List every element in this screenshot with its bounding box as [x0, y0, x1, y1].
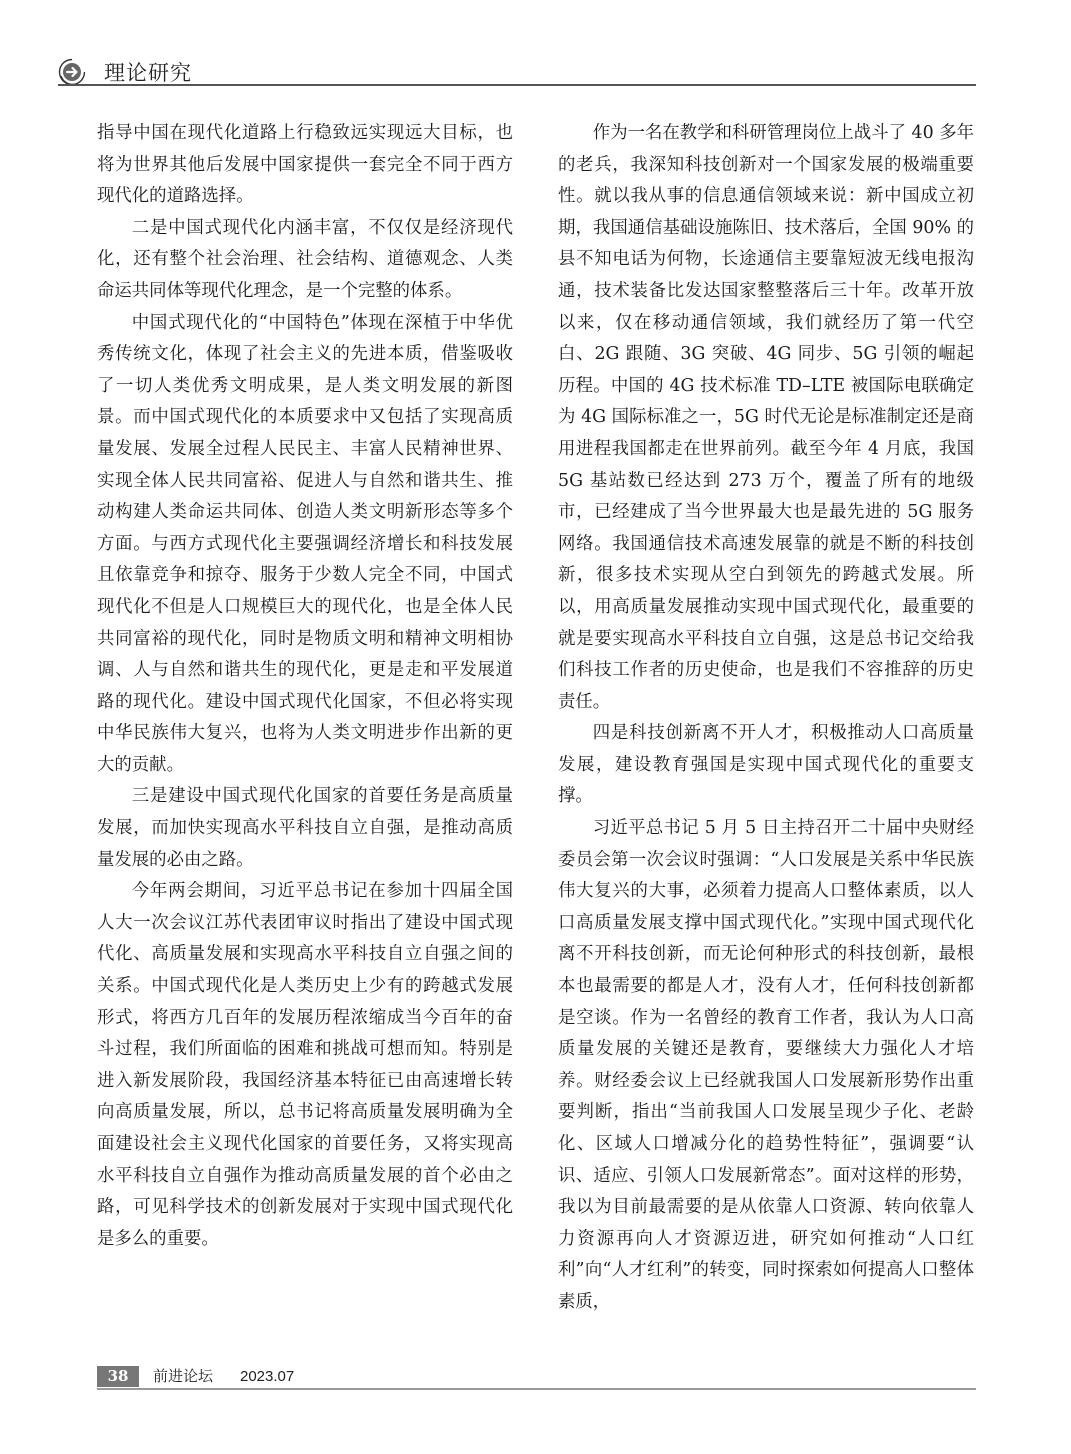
paragraph: 二是中国式现代化内涵丰富，不仅仅是经济现代化，还有整个社会治理、社会结构、道德观… [97, 213, 513, 308]
circled-arrow-right-icon [58, 58, 86, 86]
header-rule [58, 84, 976, 86]
issue-date: 2023.07 [240, 1366, 294, 1387]
paragraph: 作为一名在教学和科研管理岗位上战斗了 40 多年的老兵，我深知科技创新对一个国家… [558, 118, 974, 718]
paragraph: 三是建设中国式现代化国家的首要任务是高质量发展，而加快实现高水平科技自立自强，是… [97, 781, 513, 876]
footer-rule [97, 1388, 976, 1390]
paragraph: 今年两会期间，习近平总书记在参加十四届全国人大一次会议江苏代表团审议时指出了建设… [97, 876, 513, 1255]
paragraph: 指导中国在现代化道路上行稳致远实现远大目标，也将为世界其他后发展中国家提供一套完… [97, 118, 513, 213]
running-footer: 38 前进论坛 2023.07 [97, 1366, 976, 1390]
right-column: 作为一名在教学和科研管理岗位上战斗了 40 多年的老兵，我深知科技创新对一个国家… [558, 118, 974, 1319]
running-header: 理论研究 [58, 56, 976, 86]
page-number: 38 [97, 1366, 139, 1387]
journal-name: 前进论坛 [153, 1366, 213, 1387]
paragraph: 中国式现代化的“中国特色”体现在深植于中华优秀传统文化，体现了社会主义的先进本质… [97, 308, 513, 782]
section-title: 理论研究 [104, 57, 192, 87]
paragraph: 四是科技创新离不开人才，积极推动人口高质量发展，建设教育强国是实现中国式现代化的… [558, 718, 974, 813]
left-column: 指导中国在现代化道路上行稳致远实现远大目标，也将为世界其他后发展中国家提供一套完… [97, 118, 513, 1255]
paragraph: 习近平总书记 5 月 5 日主持召开二十届中央财经委员会第一次会议时强调：“人口… [558, 813, 974, 1319]
